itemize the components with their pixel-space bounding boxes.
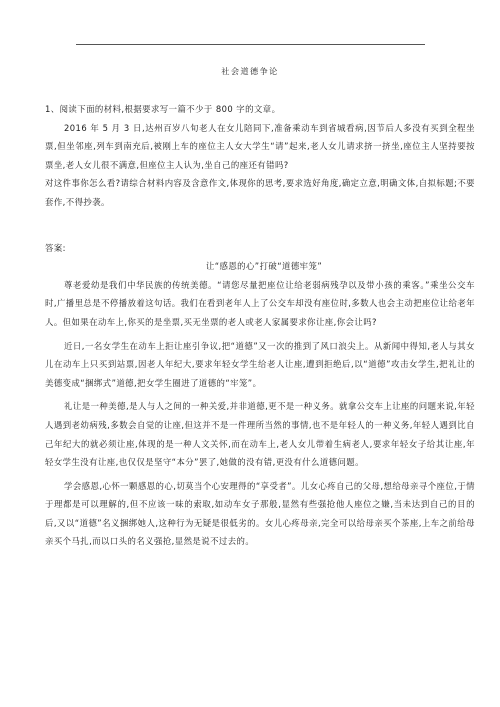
essay-paragraph: 近日,一名女学生在动车上拒让座引争议,把“道德”又一次的推到了风口浪尖上。从新闻… bbox=[45, 337, 475, 393]
question-requirement: 对这件事你怎么看?请综合材料内容及含意作文,体现你的思考,要求选好角度,确定立意… bbox=[45, 174, 475, 211]
header-rule-divider bbox=[76, 44, 425, 45]
document-body: 1、阅读下面的材料,根据要求写一篇不少于 800 字的文章。 2016 年 5 … bbox=[45, 100, 475, 551]
essay-paragraph: 学会感恩,心怀一颗感恩的心,切莫当个心安理得的“享受者”。儿女心疼自己的父母,想… bbox=[45, 477, 475, 551]
document-title: 社会道德争论 bbox=[0, 66, 500, 77]
answer-label: 答案: bbox=[45, 239, 475, 258]
question-material: 2016 年 5 月 3 日,达州百岁八旬老人在女儿陪同下,准备乘动车到省城看病… bbox=[45, 119, 475, 175]
question-prompt: 1、阅读下面的材料,根据要求写一篇不少于 800 字的文章。 bbox=[45, 100, 475, 119]
essay-title: 让“感恩的心”打破“道德牢笼” bbox=[45, 257, 475, 276]
document-page: 社会道德争论 1、阅读下面的材料,根据要求写一篇不少于 800 字的文章。 20… bbox=[0, 0, 500, 707]
essay-paragraph: 尊老爱幼是我们中华民族的传统美德。“请您尽量把座位让给老弱病残孕以及带小孩的乘客… bbox=[45, 276, 475, 332]
spacer bbox=[45, 212, 475, 239]
essay-paragraph: 礼让是一种美德,是人与人之间的一种关爱,并非道德,更不是一种义务。就拿公交车上让… bbox=[45, 397, 475, 471]
